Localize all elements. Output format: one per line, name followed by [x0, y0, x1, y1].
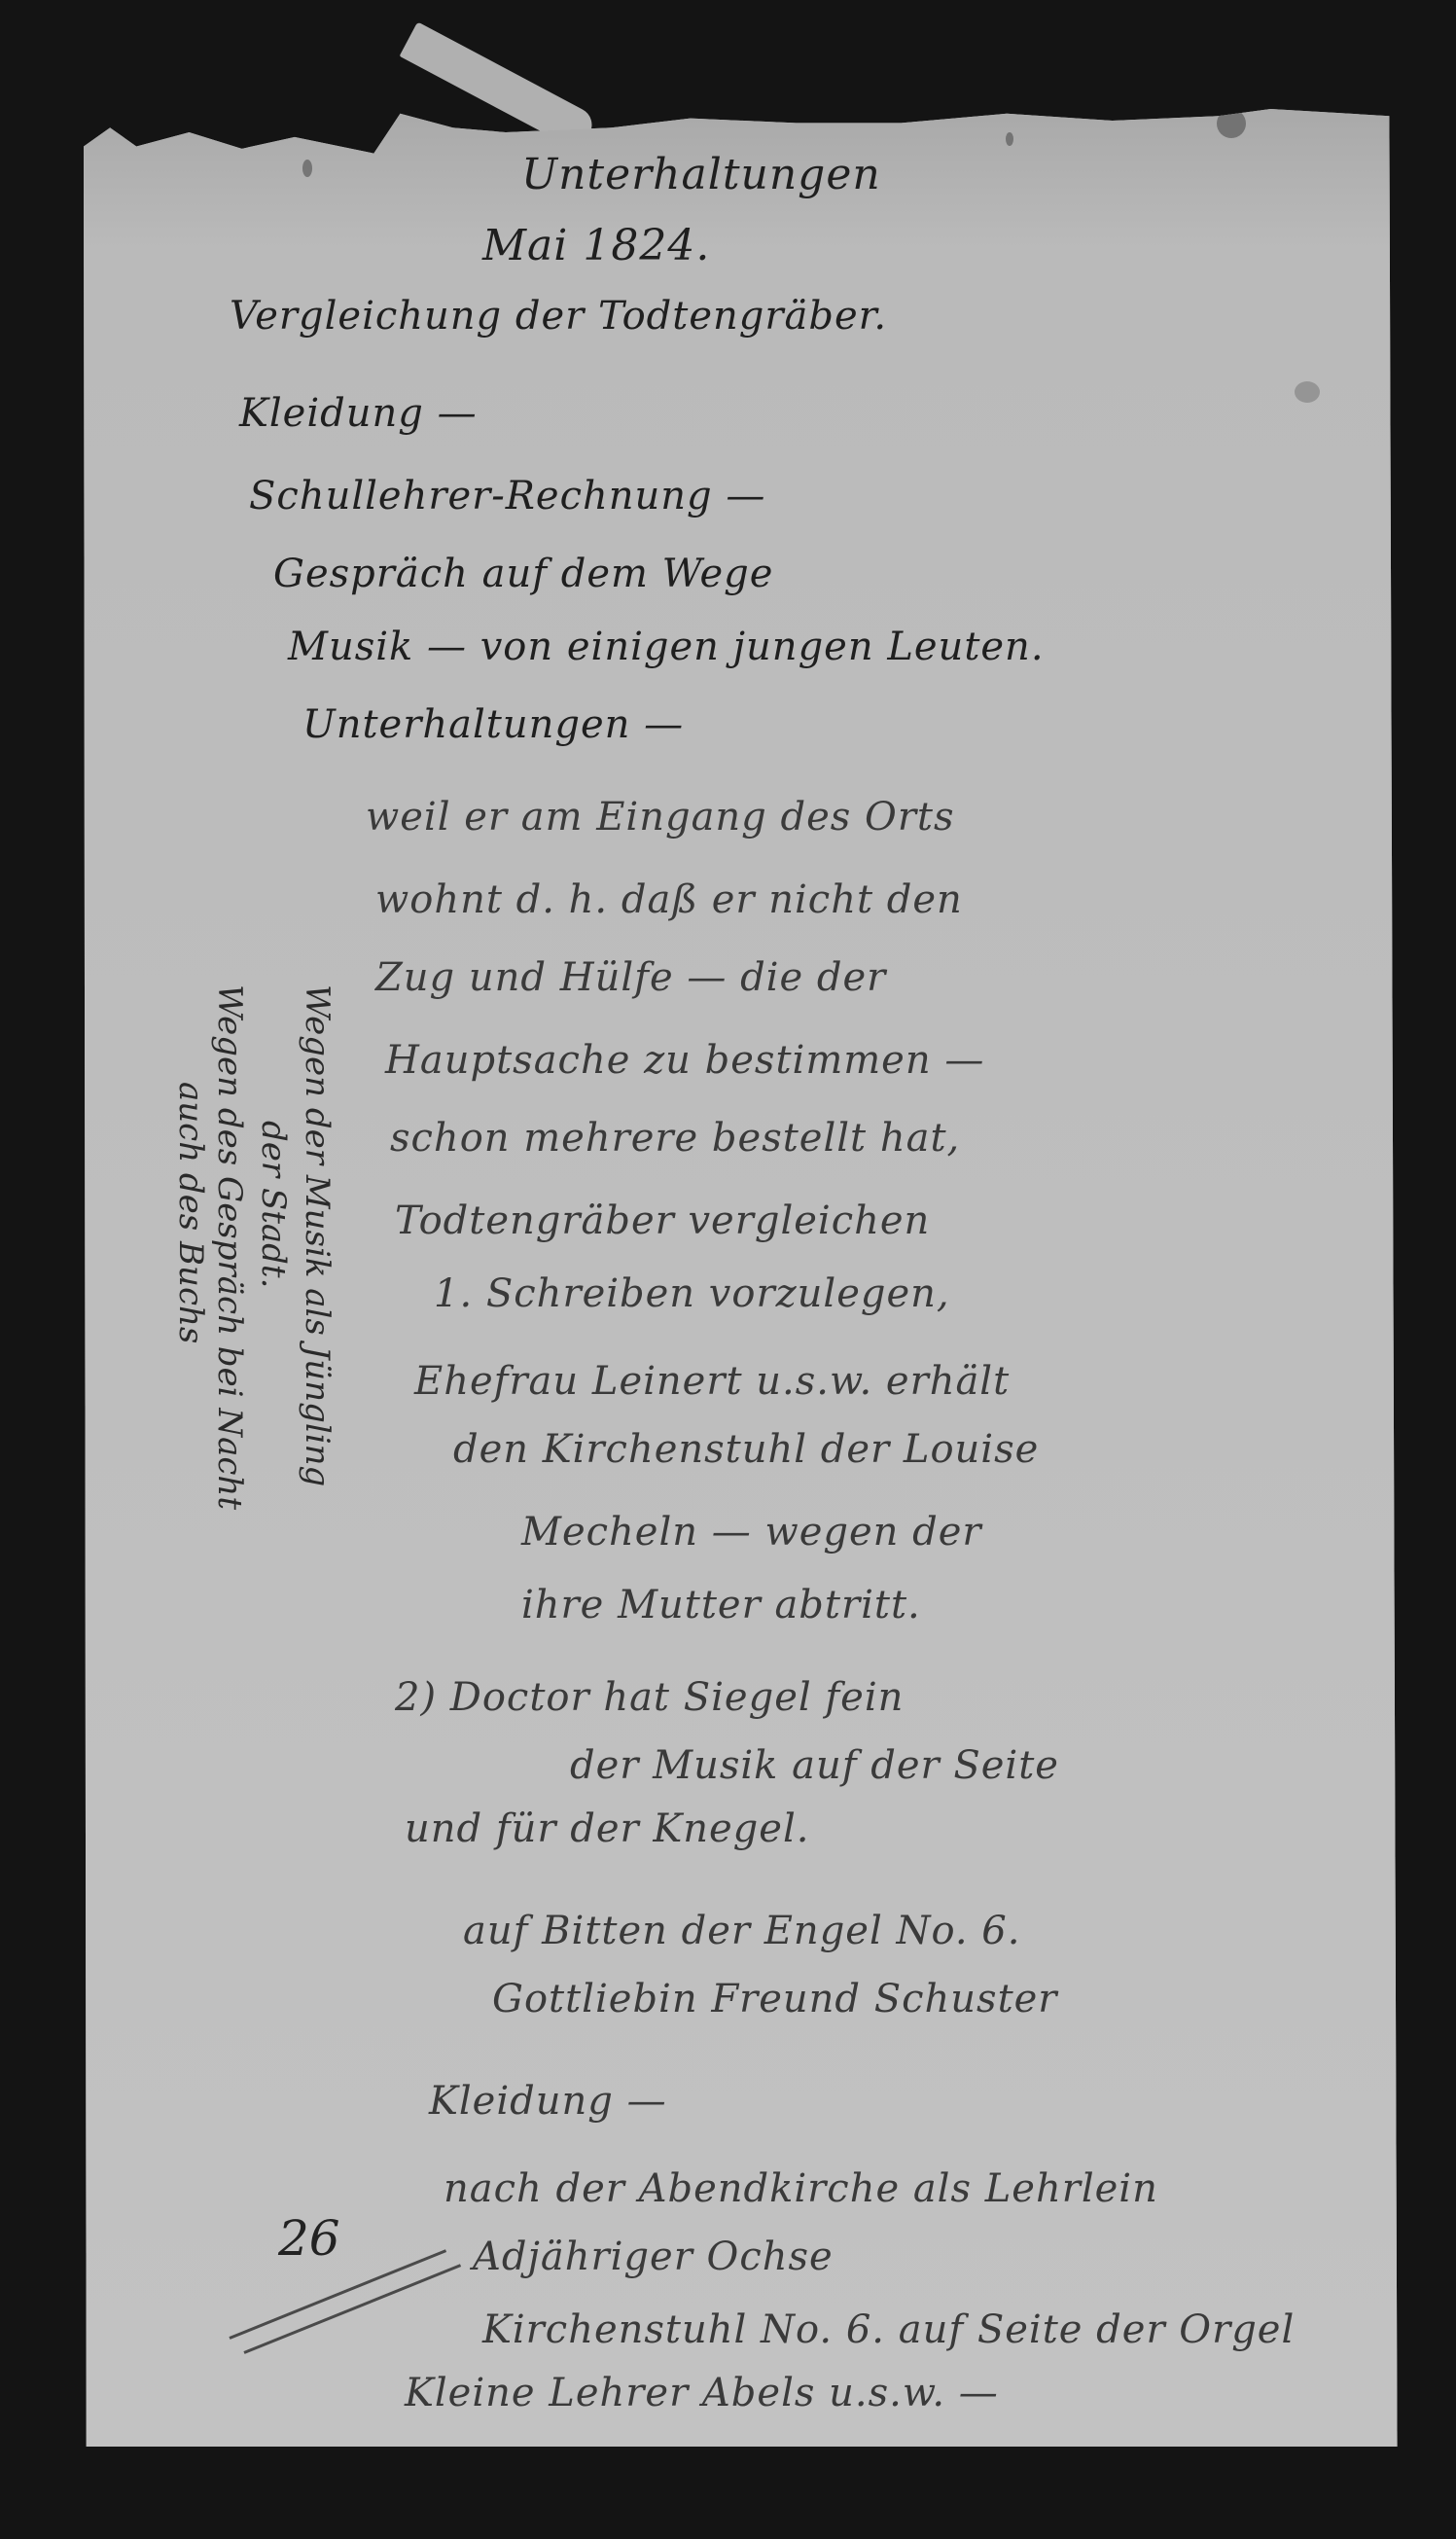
text-line: weil er am Eingang des Orts: [366, 795, 955, 840]
header-date: Mai 1824.: [482, 221, 710, 270]
margin-note: auch des Buchs: [171, 1082, 210, 1343]
ink-blot: [1006, 132, 1013, 146]
text-line: nach der Abendkirche als Lehrlein: [444, 2166, 1158, 2211]
text-line: Gespräch auf dem Wege: [273, 552, 773, 596]
text-line: ihre Mutter abtritt.: [521, 1583, 921, 1627]
text-line: der Musik auf der Seite: [570, 1743, 1059, 1788]
text-line: Kirchenstuhl No. 6. auf Seite der Orgel: [482, 2307, 1295, 2352]
ink-blot: [302, 160, 312, 177]
text-line: Vergleichung der Todtengräber.: [230, 294, 887, 339]
underline-stroke: [243, 2264, 461, 2354]
text-line: und für der Knegel.: [405, 1806, 809, 1851]
text-line: Todtengräber vergleichen: [395, 1198, 930, 1243]
scan-background: Unterhaltungen Mai 1824. Vergleichung de…: [0, 0, 1456, 2539]
ink-blot: [1295, 381, 1320, 403]
text-line: Zug und Hülfe — die der: [375, 955, 886, 1000]
text-line: Schullehrer-Rechnung —: [249, 474, 765, 519]
manuscript-page: Unterhaltungen Mai 1824. Vergleichung de…: [84, 109, 1403, 2447]
margin-note: der Stadt.: [254, 1121, 293, 1288]
text-line: den Kirchenstuhl der Louise: [453, 1427, 1039, 1472]
text-line: Kleine Lehrer Abels u.s.w. —: [405, 2371, 999, 2415]
text-line: Gottliebin Freund Schuster: [492, 1977, 1057, 2021]
text-line: Hauptsache zu bestimmen —: [385, 1038, 984, 1083]
text-line: Ehefrau Leinert u.s.w. erhält: [414, 1359, 1010, 1404]
text-line: 1. Schreiben vorzulegen,: [434, 1271, 950, 1316]
folio-number: 26: [278, 2210, 340, 2267]
text-line: schon mehrere bestellt hat,: [390, 1116, 960, 1161]
header-title: Unterhaltungen: [521, 150, 881, 199]
text-line: Kleidung —: [239, 391, 478, 436]
text-line: Adjähriger Ochse: [473, 2235, 834, 2279]
text-line: Unterhaltungen —: [302, 702, 684, 747]
text-line: wohnt d. h. daß er nicht den: [375, 877, 963, 922]
margin-note: Wegen des Gespräch bei Nacht: [210, 984, 249, 1510]
text-line: 2) Doctor hat Siegel fein: [395, 1675, 904, 1720]
text-line: auf Bitten der Engel No. 6.: [463, 1909, 1020, 1953]
margin-note: Wegen der Musik als Jüngling: [298, 984, 337, 1486]
text-line: Musik — von einigen jungen Leuten.: [288, 625, 1045, 669]
text-line: Mecheln — wegen der: [521, 1510, 982, 1555]
ink-blot: [1217, 109, 1246, 138]
text-line: Kleidung —: [429, 2079, 667, 2124]
